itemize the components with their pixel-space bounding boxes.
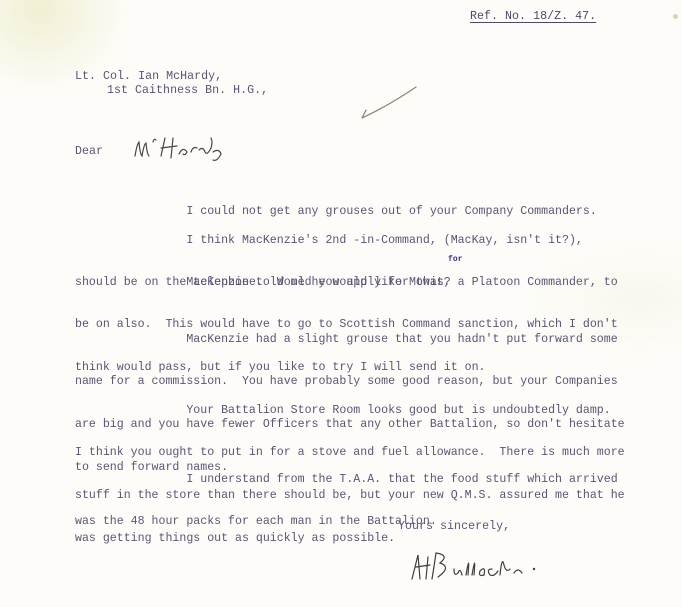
recipient-unit: 1st Caithness Bn. H.G., bbox=[107, 84, 268, 98]
paragraph-line: Your Battalion Store Room looks good but… bbox=[75, 404, 625, 418]
letter-page: Ref. No. 18/Z. 47. Lt. Col. Ian McHardy,… bbox=[0, 0, 682, 607]
salutation-typed: Dear bbox=[75, 145, 103, 159]
handwritten-mchardy-icon bbox=[133, 134, 243, 164]
paragraph-line: MacKenzie told me he would like Mowat, a… bbox=[75, 276, 618, 290]
check-mark-icon bbox=[360, 84, 420, 124]
recipient-name: Lt. Col. Ian McHardy, bbox=[75, 70, 222, 84]
paragraph-line: I understand from the T.A.A. that the fo… bbox=[75, 473, 618, 487]
paragraph-line: MacKenzie had a slight grouse that you h… bbox=[75, 333, 625, 347]
paragraph-line: was the 48 hour packs for each man in th… bbox=[75, 515, 618, 529]
salutation-handwritten bbox=[133, 134, 243, 169]
paragraph-line: I think MacKenzie's 2nd -in-Command, (Ma… bbox=[75, 234, 583, 248]
reference-number: Ref. No. 18/Z. 47. bbox=[470, 10, 596, 24]
paper-blemish bbox=[673, 14, 678, 19]
handwritten-insert: for bbox=[448, 253, 463, 267]
closing: Yours sincerely, bbox=[398, 520, 510, 534]
paragraph-6: I understand from the T.A.A. that the fo… bbox=[75, 444, 618, 558]
signature-icon bbox=[408, 545, 558, 585]
